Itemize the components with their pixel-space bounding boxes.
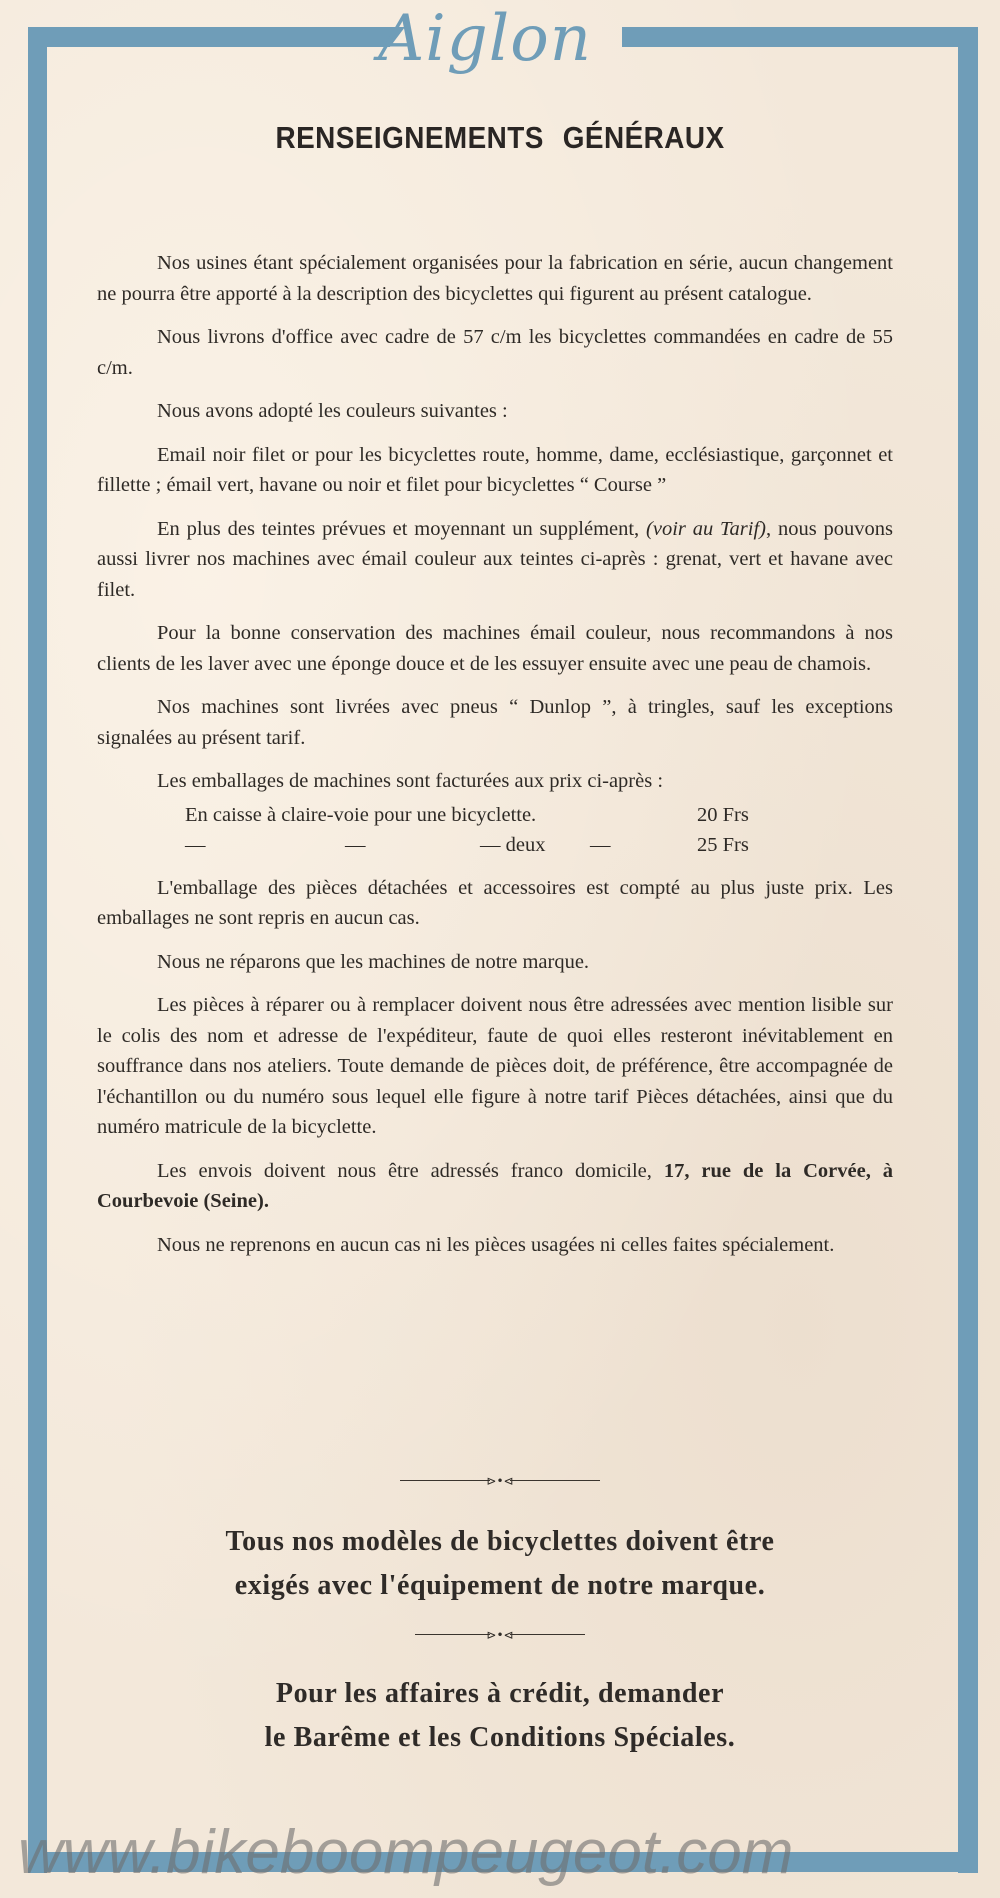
price-description: En caisse à claire-voie pour une bicycle… [97,800,697,831]
ditto-mark: — [345,830,480,861]
paragraph-production: Nos usines étant spécialement organisées… [97,248,893,309]
tariff-reference: (voir au Tarif) [646,518,766,540]
price-row: — — — deux — 25 Frs [97,831,893,861]
website-watermark: www.bikeboompeugeot.com [18,1817,998,1888]
price-row: En caisse à claire-voie pour une bicycle… [97,801,893,831]
paragraph-packaging-intro: Les emballages de machines sont facturée… [97,766,893,797]
packaging-price-table: En caisse à claire-voie pour une bicycle… [97,801,893,861]
paragraph-repairs: Nous ne réparons que les machines de not… [97,947,893,978]
brand-logo: Aiglon [350,0,620,84]
equipment-notice: Tous nos modèles de bicyclettes doivent … [0,1520,1000,1608]
paragraph-care: Pour la bonne conservation des machines … [97,618,893,679]
paragraph-colors-intro: Nous avons adopté les couleurs suivantes… [97,396,893,427]
paragraph-parts-shipping: Les pièces à réparer ou à remplacer doiv… [97,990,893,1143]
credit-notice: Pour les affaires à crédit, demander le … [0,1672,1000,1760]
paragraph-tyres: Nos machines sont livrées avec pneus “ D… [97,692,893,753]
paragraph-colors-list: Email noir filet or pour les bicyclettes… [97,440,893,501]
price-value: 25 Frs [697,830,817,861]
ditto-mark: — [590,830,611,861]
paragraph-frame-size: Nous livrons d'office avec cadre de 57 c… [97,322,893,383]
paragraph-extra-colors: En plus des teintes prévues et moyennant… [97,514,893,606]
page-title: RENSEIGNEMENTS GÉNÉRAUX [50,120,950,156]
frame-border-top-right [622,27,978,47]
ornamental-divider: ⊳•⊲ [0,1624,1000,1636]
price-value: 20 Frs [697,800,817,831]
ornamental-divider: ⊳•⊲ [0,1470,1000,1482]
ditto-mark: — [185,830,345,861]
paragraph-parts-packaging: L'emballage des pièces détachées et acce… [97,873,893,934]
paragraph-address: Les envois doivent nous être adressés fr… [97,1156,893,1217]
price-description: — deux [480,830,590,861]
frame-border-top-left [28,27,405,47]
paragraph-returns: Nous ne reprenons en aucun cas ni les pi… [97,1230,893,1261]
document-body: Nos usines étant spécialement organisées… [97,248,893,1273]
